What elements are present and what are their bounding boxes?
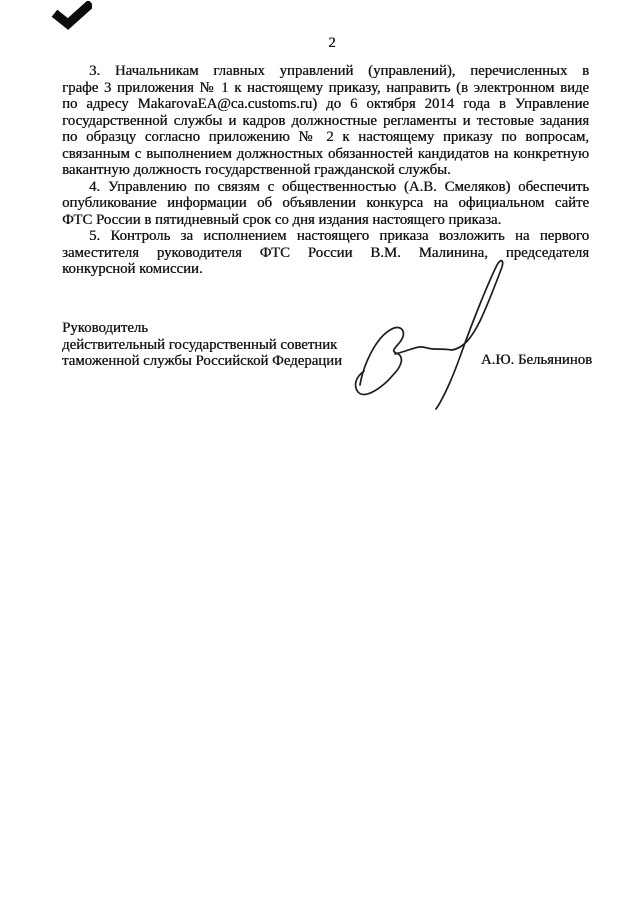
handwritten-signature-icon [350,253,520,415]
text-line: 4. Управлению по связям с общественность… [62,179,589,196]
text-line: 3. Начальникам главных управлений (управ… [62,63,589,80]
text-line: государственной службы и кадров должност… [62,113,589,130]
document-body: 3. Начальникам главных управлений (управ… [62,63,589,278]
text-line: связанным с выполнением должностных обяз… [62,146,589,163]
text-line: 5. Контроль за исполнением настоящего пр… [62,228,589,245]
paragraph-item-4: 4. Управлению по связям с общественность… [62,179,589,229]
page-number: 2 [62,35,602,52]
text-line: опубликование информации об объявлении к… [62,195,589,212]
document-page: 2 3. Начальникам главных управлений (упр… [0,0,640,905]
paragraph-item-3: 3. Начальникам главных управлений (управ… [62,63,589,179]
scan-corner-mark-icon [50,1,92,31]
text-line: графе 3 приложения № 1 к настоящему прик… [62,80,589,97]
text-line: ФТС России в пятидневный срок со дня изд… [62,212,589,229]
text-line: по образцу согласно приложению № 2 к нас… [62,129,589,146]
text-line: вакантную должность государственной граж… [62,162,589,179]
text-line: по адресу MakarovaEA@ca.customs.ru) до 6… [62,96,589,113]
